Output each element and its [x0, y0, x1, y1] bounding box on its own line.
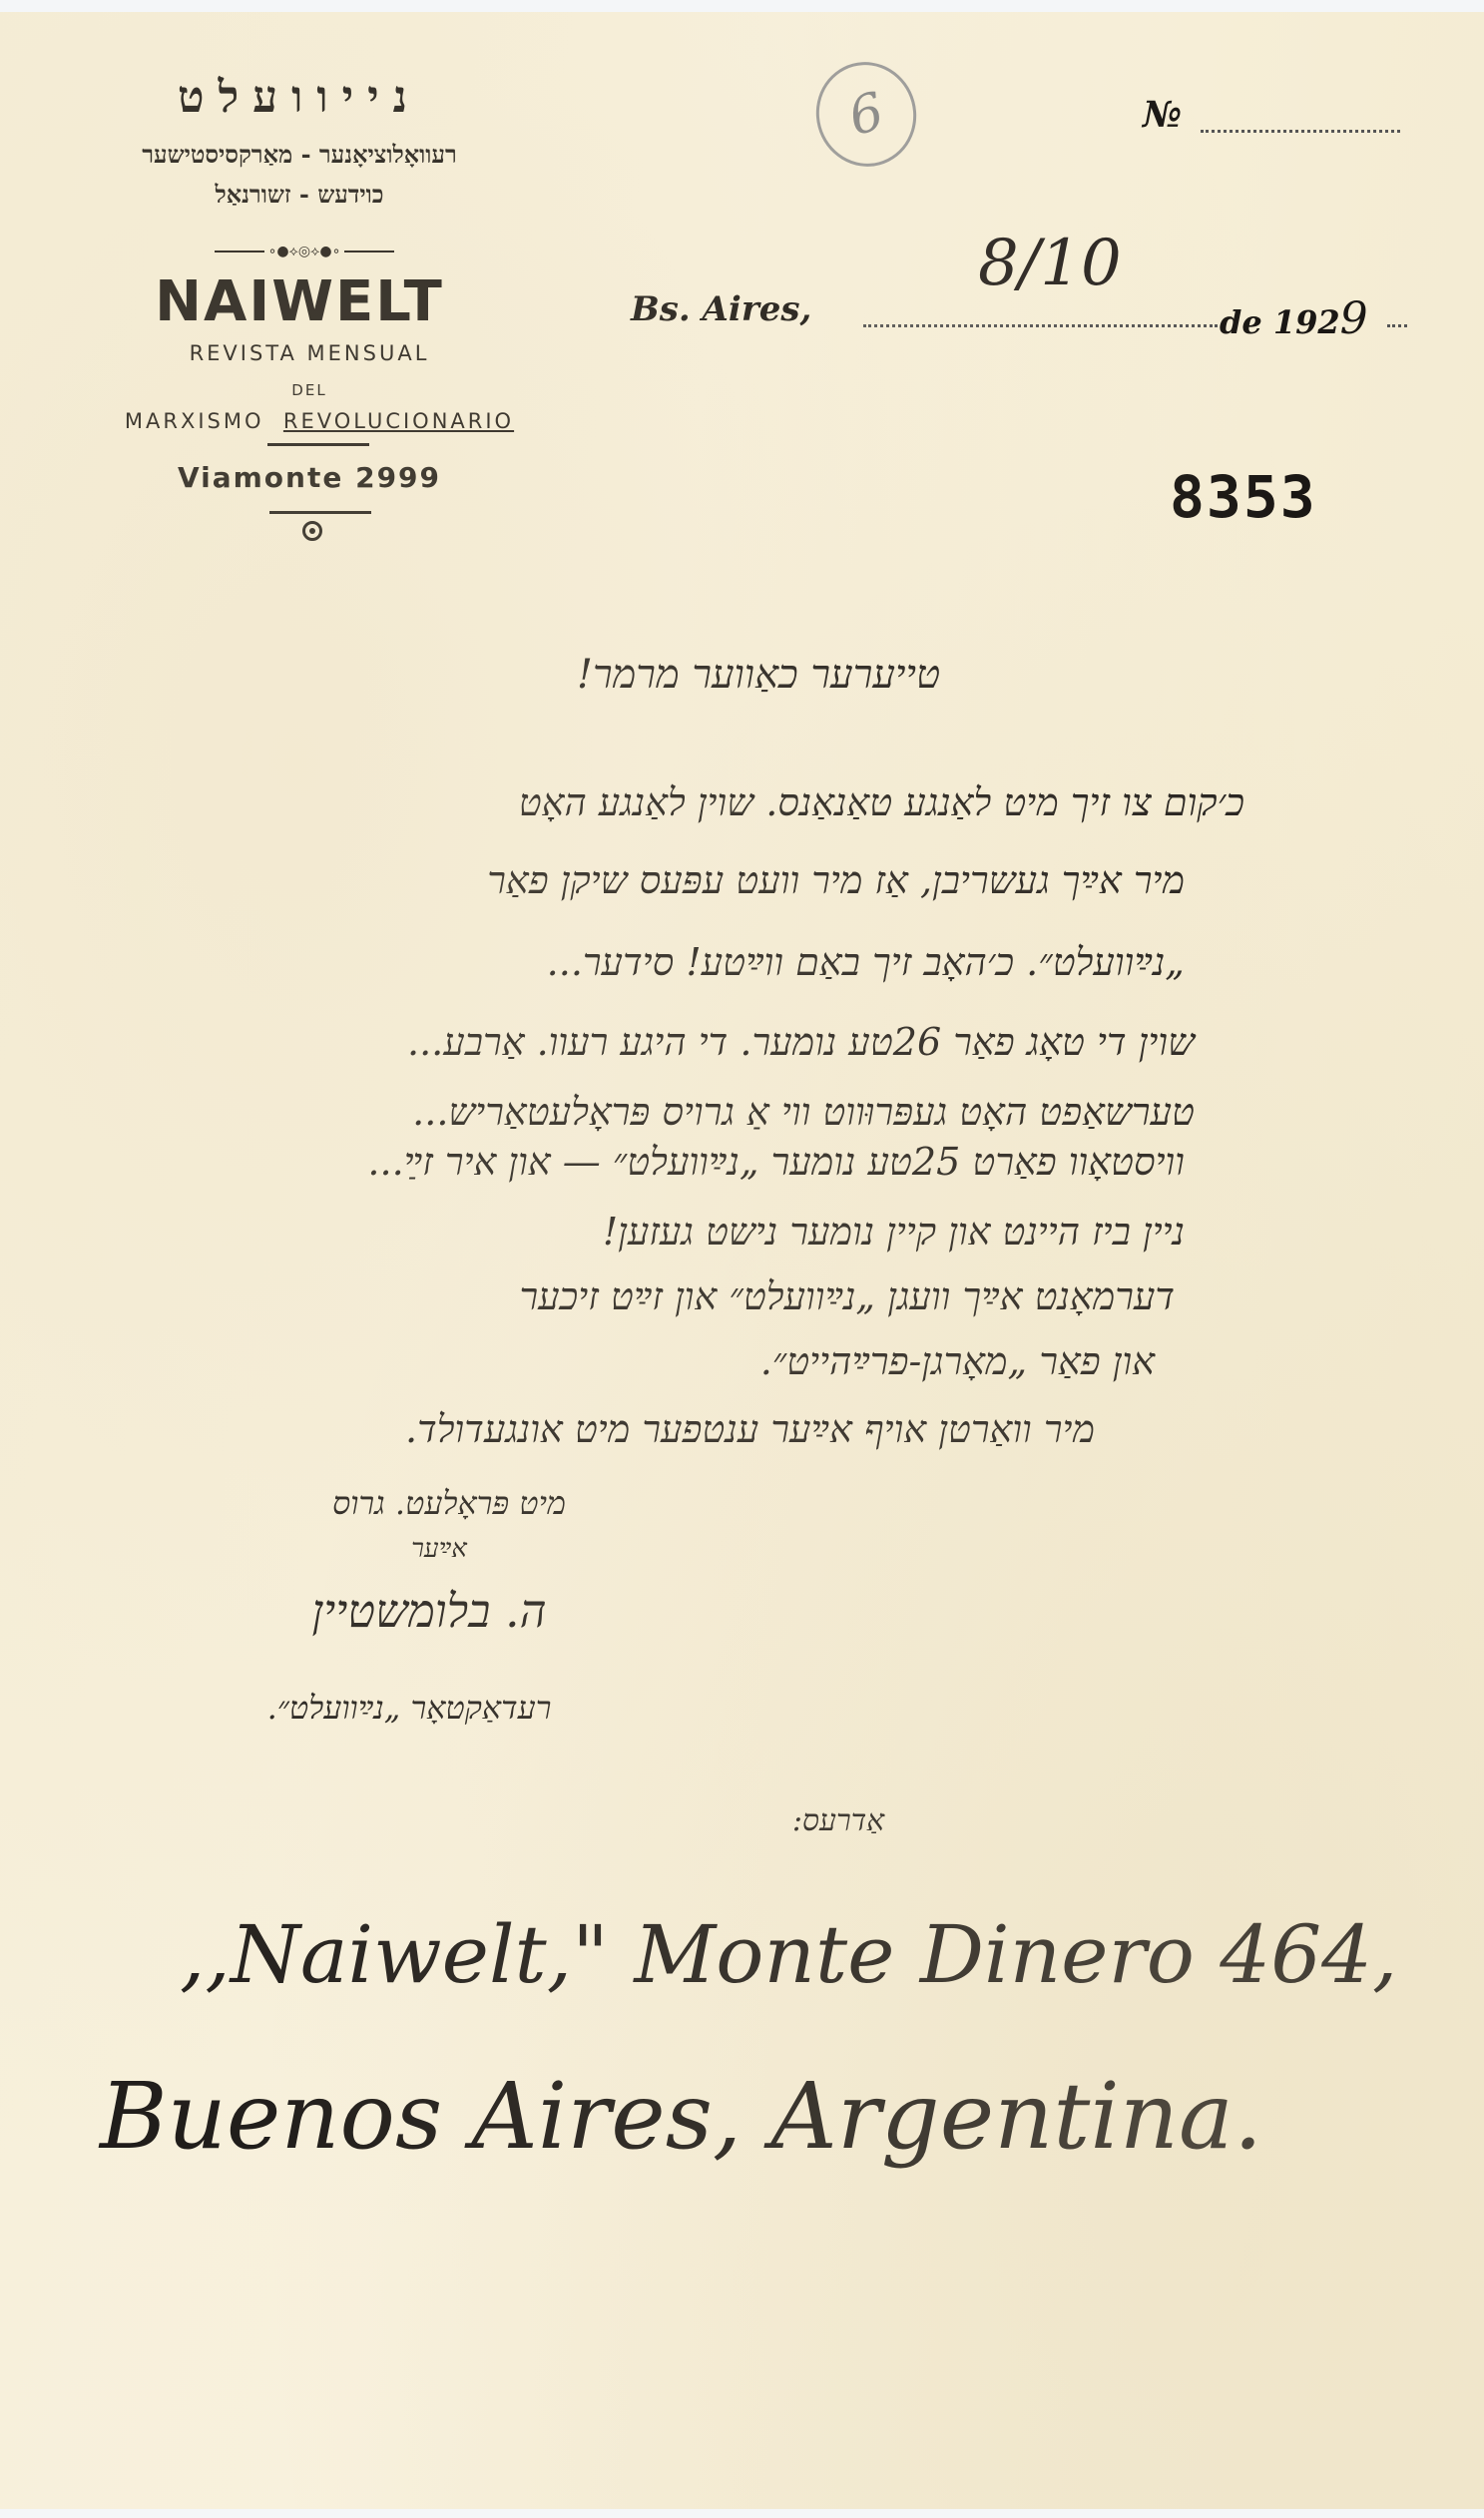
- year-dotted-line: [1387, 324, 1407, 327]
- letter-body-line: און פאַר „מאָרגן-פרײַהייט״.: [356, 1339, 1155, 1384]
- letter-closing-yours: אײַער: [379, 1534, 499, 1564]
- date-dotted-line: [863, 324, 1218, 327]
- letterhead-title: NAIWELT: [90, 269, 509, 334]
- tagline-revolucionario: REVOLUCIONARIO: [283, 409, 514, 433]
- year-handwritten-digit: 9: [1340, 293, 1368, 344]
- letter-body-line: ניין ביז היינט און קיין נומער נישט געזען…: [107, 1210, 1185, 1255]
- year-printed: de 192: [1220, 303, 1340, 341]
- letter-closing: מיט פּראָלעט. גרוס: [259, 1484, 639, 1522]
- letterhead-rule-bottom: [269, 511, 371, 514]
- handwritten-date: 8/10: [978, 227, 1122, 300]
- letter-body-line: שוין די טאָג פאַר 26טע נומער. די היגע רע…: [7, 1020, 1195, 1065]
- return-address-line-2: Buenos Aires, Argentina.: [100, 2063, 1262, 2170]
- letter-body-line: דערמאָנט אײַך וועגן „נײַוועלט״ און זײַט …: [47, 1274, 1175, 1319]
- letterhead-target-ornament-icon: [302, 521, 322, 541]
- ornament-icon: ∘●⟡◎⟡●∘: [264, 245, 345, 258]
- number-field-dotted-line: [1201, 130, 1400, 133]
- pencil-circled-number: 6: [804, 51, 928, 178]
- number-field-label: №: [1143, 94, 1182, 136]
- stamped-number: 8353: [1170, 463, 1317, 531]
- letterhead-subtitle: REVISTA MENSUAL: [60, 341, 559, 365]
- letter-body-line: „נײַוועלט״. כ׳האָב זיך באַם ווײַטע! סידע…: [67, 940, 1185, 985]
- letterhead-rule-top: [267, 443, 369, 446]
- letterhead-yiddish-title: נייוועלט: [150, 72, 449, 123]
- letter-body-line: טערשאַפט האָט געפּרוּווט ווי אַ גרויס פּ…: [7, 1090, 1195, 1135]
- letterhead-ornament-divider: ∘●⟡◎⟡●∘: [215, 245, 394, 258]
- letterhead-yiddish-subtitle-1: רעוואָלוציאָנער - מאַרקסיסטישער: [80, 140, 519, 170]
- letter-body-line: מיר וואַרטן אויף אײַער ענטפער מיט אונגעד…: [47, 1407, 1095, 1452]
- tagline-marxismo: MARXISMO: [125, 409, 264, 433]
- address-label: אַדרעס:: [739, 1803, 938, 1838]
- letter-paper: נייוועלט רעוואָלוציאָנער - מאַרקסיסטישער…: [0, 12, 1484, 2509]
- place-label: Bs. Aires,: [631, 289, 811, 329]
- letterhead-yiddish-subtitle-2: כוידעש - זשורנאַל: [80, 180, 519, 210]
- year-label: de 1929: [1220, 293, 1368, 344]
- letter-signature: ה. בלומשטיין: [230, 1584, 629, 1638]
- return-address-line-1: ,,Naiwelt," Monte Dinero 464,: [180, 1908, 1397, 2001]
- letterhead-del: DEL: [60, 381, 559, 399]
- letter-body-line: מיר אײַך געשריבן, אַז מיר וועט עפּעס שיק…: [67, 858, 1185, 903]
- letter-salutation: טייערער כאַווער מרמר!: [499, 651, 1018, 698]
- letter-body-line: וויסטאָוו פאַרט 25טע נומער „נײַוועלט״ — …: [7, 1140, 1185, 1185]
- letter-signature-title: רעדאַקטאָר „נײַוועלט״.: [200, 1689, 619, 1727]
- letterhead-address: Viamonte 2999: [110, 461, 509, 494]
- letterhead-tagline: MARXISMO REVOLUCIONARIO: [80, 409, 559, 433]
- letter-body-line: כ׳קום צו זיך מיט לאַנגע טאַנאַנס. שוין ל…: [87, 780, 1244, 825]
